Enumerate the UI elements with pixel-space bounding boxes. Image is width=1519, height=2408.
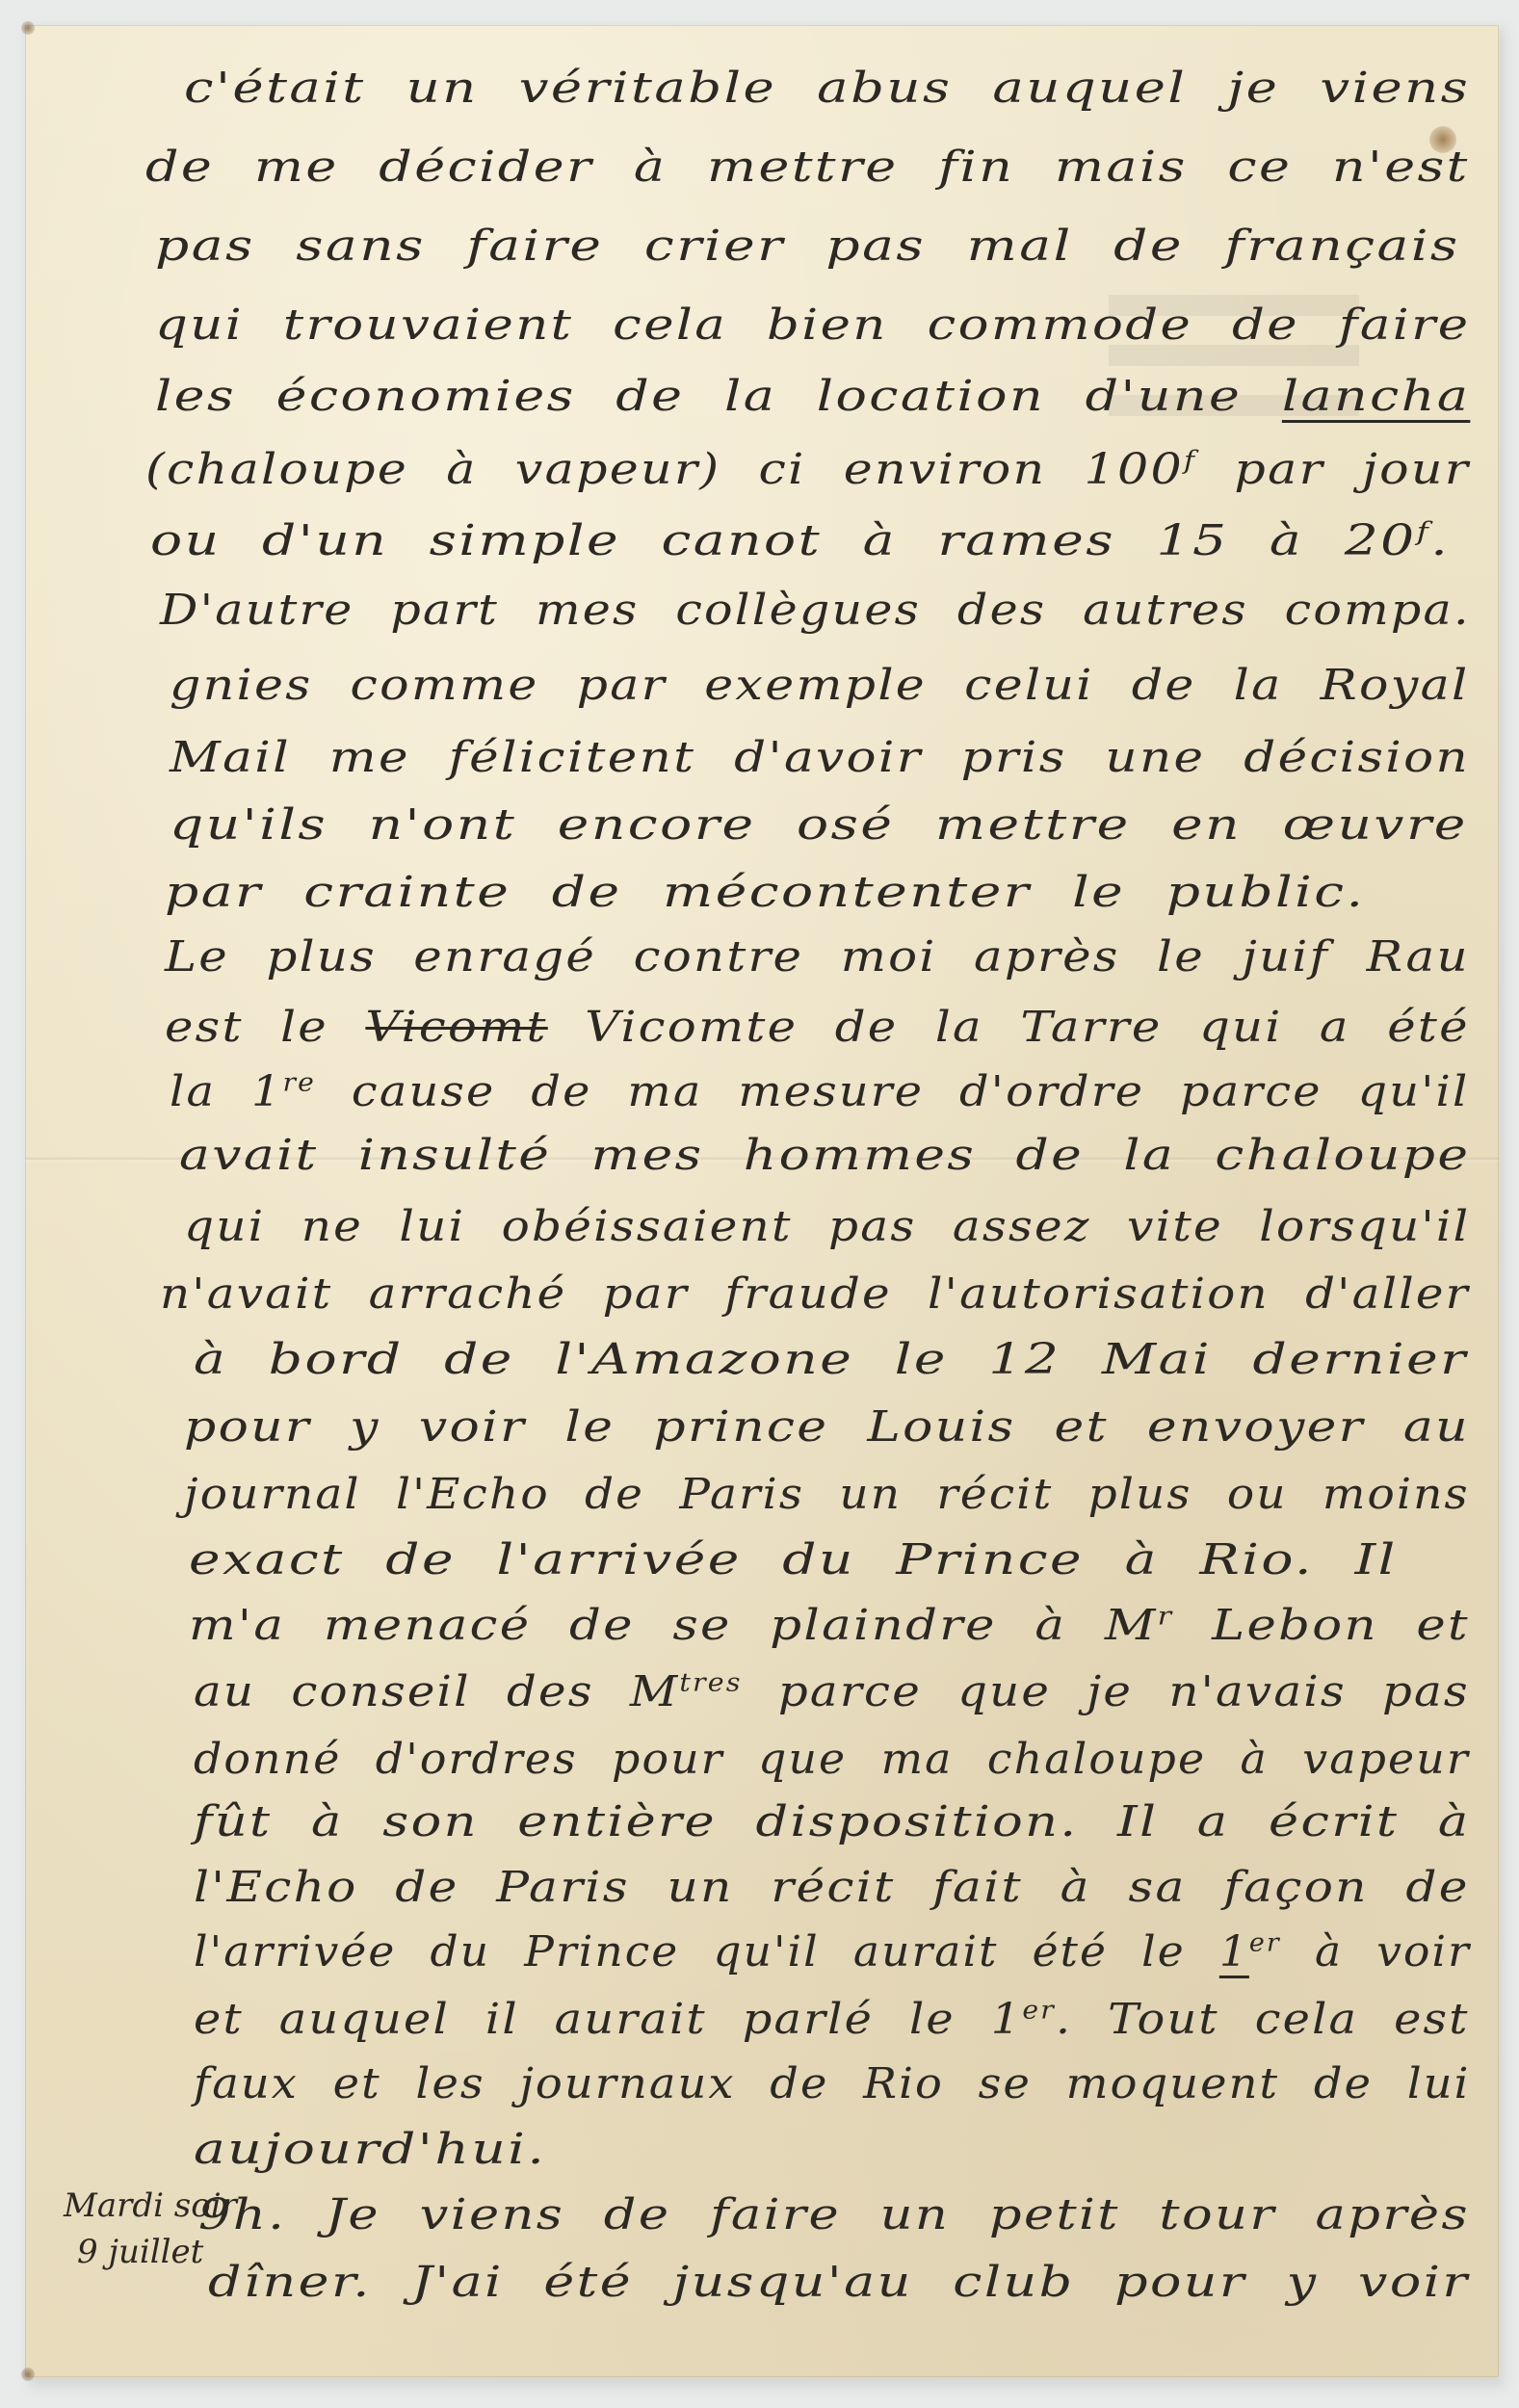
letter-line: Le plus enragé contre moi après le juif … [165, 932, 1470, 982]
struck-word: Vicomt [365, 1003, 547, 1052]
letter-text: la 1 [170, 1067, 283, 1116]
letter-text: Lebon et [1212, 1601, 1470, 1650]
letter-line: donné d'ordres pour que ma chaloupe à va… [194, 1735, 1470, 1784]
ordinal-mark: er [1022, 1996, 1056, 2025]
letter-line: les économies de la location d'une lanch… [155, 372, 1470, 421]
letter-text: (chaloupe à vapeur) ci environ 100 [145, 445, 1184, 494]
letter-line: fût à son entière disposition. Il a écri… [194, 1797, 1471, 1846]
letter-line: est le Vicomt Vicomte de la Tarre qui a … [165, 1003, 1470, 1052]
letter-text: ou d'un simple canot à rames 15 à 20 [150, 516, 1417, 565]
letter-text: par jour [1234, 445, 1470, 494]
letter-line: avait insulté mes hommes de la chaloupe [179, 1131, 1470, 1180]
letter-line: de me décider à mettre fin mais ce n'est [145, 143, 1470, 192]
letter-line: au conseil des Mtres parce que je n'avai… [194, 1667, 1470, 1716]
letter-line: dîner. J'ai été jusqu'au club pour y voi… [208, 2258, 1470, 2307]
letter-line: qui ne lui obéissaient pas assez vite lo… [184, 1202, 1470, 1251]
letter-text: à voir [1315, 1927, 1471, 1976]
abbrev-mark: tres [679, 1668, 742, 1697]
letter-text: au conseil des M [194, 1667, 679, 1716]
letter-line: 9h. Je viens de faire un petit tour aprè… [198, 2190, 1470, 2239]
letter-line: Mail me félicitent d'avoir pris une déci… [170, 733, 1470, 782]
abbrev-mark: r [1158, 1602, 1174, 1631]
letter-line: qu'ils n'ont encore osé mettre en œuvre [170, 800, 1468, 850]
letter-line: l'arrivée du Prince qu'il aurait été le … [194, 1927, 1471, 1976]
letter-line: pas sans faire crier pas mal de français [155, 222, 1460, 271]
letter-text: est le [165, 1003, 328, 1052]
letter-text: Vicomte de la Tarre qui a été [585, 1003, 1470, 1052]
corner-wear [21, 2368, 35, 2381]
letter-line: gnies comme par exemple celui de la Roya… [170, 661, 1470, 710]
letter-page: c'était un véritable abus auquel je vien… [25, 25, 1499, 2377]
margin-date-day: Mardi soir [64, 2183, 237, 2229]
letter-text: les économies de la location d'une [155, 372, 1242, 421]
letter-line: l'Echo de Paris un récit fait à sa façon… [194, 1863, 1470, 1912]
underlined-word: lancha [1282, 372, 1471, 421]
letter-text: parce que je n'avais pas [778, 1667, 1470, 1716]
letter-line: qui trouvaient cela bien commode de fair… [155, 301, 1470, 350]
margin-date-month: 9 juillet [64, 2229, 237, 2275]
letter-line: la 1re cause de ma mesure d'ordre parce … [170, 1067, 1469, 1116]
corner-wear [21, 21, 35, 35]
letter-line: n'avait arraché par fraude l'autorisatio… [160, 1269, 1470, 1319]
letter-line: exact de l'arrivée du Prince à Rio. Il [189, 1535, 1398, 1584]
letter-line: c'était un véritable abus auquel je vien… [184, 64, 1470, 113]
letter-line: et auquel il aurait parlé le 1er. Tout c… [194, 1995, 1470, 2044]
letter-line: faux et les journaux de Rio se moquent d… [194, 2059, 1470, 2108]
margin-date-note: Mardi soir 9 juillet [64, 2183, 237, 2275]
currency-mark: f [1184, 446, 1196, 475]
letter-text: . [1430, 516, 1450, 565]
letter-line: D'autre part mes collègues des autres co… [160, 586, 1471, 635]
letter-text: et auquel il aurait parlé le 1 [194, 1995, 1022, 2044]
letter-line: m'a menacé de se plaindre à Mr Lebon et [189, 1601, 1470, 1650]
ordinal-mark: re [283, 1068, 317, 1097]
letter-text: . Tout cela est [1056, 1995, 1470, 2044]
letter-line: pour y voir le prince Louis et envoyer a… [184, 1402, 1470, 1452]
letter-line: (chaloupe à vapeur) ci environ 100f par … [145, 445, 1470, 494]
letter-line: aujourd'hui. [194, 2125, 546, 2174]
ordinal-number: 1 [1219, 1927, 1249, 1976]
currency-mark: f [1417, 517, 1431, 546]
letter-line: journal l'Echo de Paris un récit plus ou… [184, 1470, 1470, 1519]
letter-line: par crainte de mécontenter le public. [165, 868, 1366, 917]
ordinal-mark: er [1249, 1928, 1281, 1957]
letter-line: ou d'un simple canot à rames 15 à 20f. [150, 516, 1450, 565]
letter-text: l'arrivée du Prince qu'il aurait été le [194, 1927, 1186, 1976]
letter-line: à bord de l'Amazone le 12 Mai dernier [194, 1335, 1468, 1384]
letter-text: m'a menacé de se plaindre à M [189, 1601, 1158, 1650]
letter-text: cause de ma mesure d'ordre parce qu'il [352, 1067, 1469, 1116]
